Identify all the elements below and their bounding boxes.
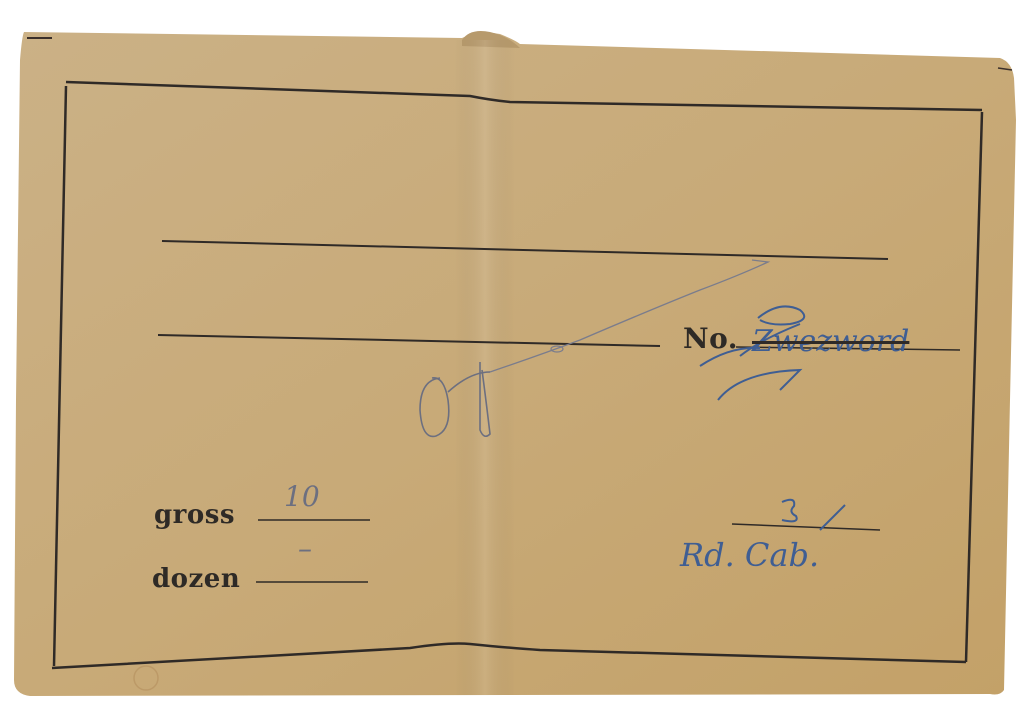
paper-envelope: No. gross dozen Zwezword 10 – Rd. Cab. (0, 0, 1024, 714)
right-note-handwritten: Rd. Cab. (680, 536, 819, 574)
number-label: No. (683, 322, 738, 355)
dozen-value-handwritten: – (298, 532, 312, 565)
dozen-label: dozen (152, 564, 240, 594)
number-value-handwritten: Zwezword (752, 324, 909, 359)
gross-label: gross (154, 500, 235, 530)
gross-value-handwritten: 10 (284, 480, 320, 513)
